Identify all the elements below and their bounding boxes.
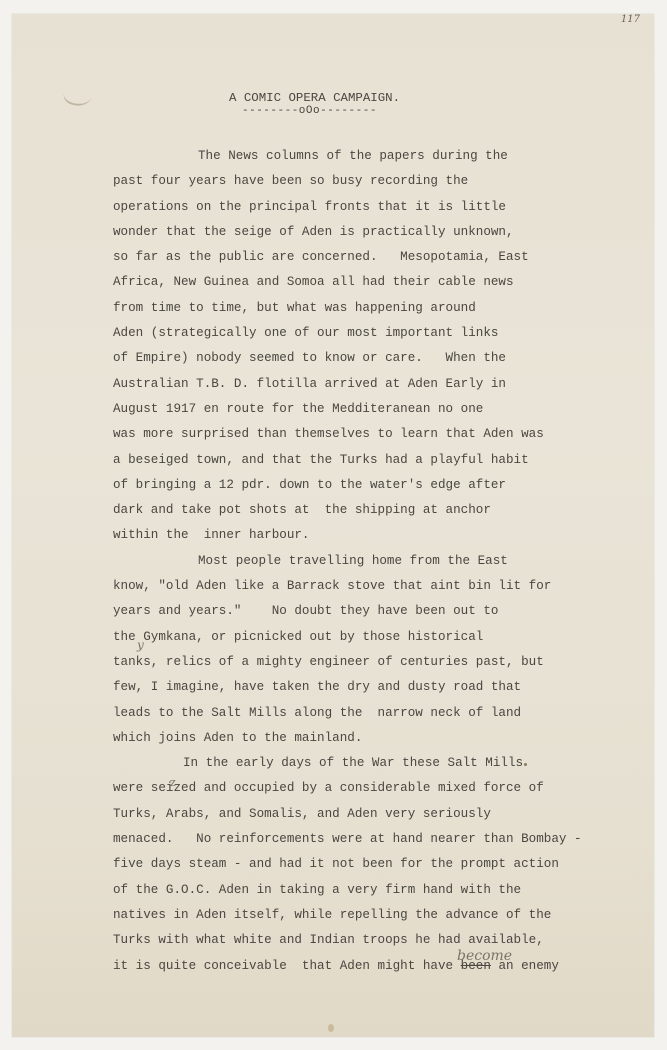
text-line: dark and take pot shots at the shipping … [113, 498, 643, 523]
text-line: Turks with what white and Indian troops … [113, 928, 643, 953]
text-line: were seized and occupied by a considerab… [113, 776, 643, 801]
text-line: five days steam - and had it not been fo… [113, 852, 643, 877]
text-line: a beseiged town, and that the Turks had … [113, 448, 643, 473]
text-line: from time to time, but what was happenin… [113, 296, 643, 321]
document-body: The News columns of the papers during th… [113, 144, 643, 979]
text-line: August 1917 en route for the Medditerane… [113, 397, 643, 422]
text-line: of the G.O.C. Aden in taking a very firm… [113, 878, 643, 903]
text-line: wonder that the seige of Aden is practic… [113, 220, 643, 245]
text-line: Africa, New Guinea and Somoa all had the… [113, 270, 643, 295]
text-line: natives in Aden itself, while repelling … [113, 903, 643, 928]
document-page: 117 A COMIC OPERA CAMPAIGN. --------oOo-… [12, 14, 654, 1037]
text-line: was more surprised than themselves to le… [113, 422, 643, 447]
text-line: the Gymkana, or picnicked out by those h… [113, 625, 643, 650]
text-line: Australian T.B. D. flotilla arrived at A… [113, 372, 643, 397]
document-title: A COMIC OPERA CAMPAIGN. [229, 91, 400, 105]
text-line: within the inner harbour. [113, 523, 643, 548]
text-line: The News columns of the papers during th… [113, 144, 643, 169]
text-line: In the early days of the War these Salt … [113, 751, 643, 776]
text-line: Aden (strategically one of our most impo… [113, 321, 643, 346]
text-line: menaced. No reinforcements were at hand … [113, 827, 643, 852]
text-line: years and years." No doubt they have bee… [113, 599, 643, 624]
handwritten-correction: z [170, 776, 176, 789]
paper-crease-mark [62, 81, 95, 109]
text-line: of bringing a 12 pdr. down to the water'… [113, 473, 643, 498]
text-line: so far as the public are concerned. Meso… [113, 245, 643, 270]
text-line: past four years have been so busy record… [113, 169, 643, 194]
text-line: Turks, Arabs, and Somalis, and Aden very… [113, 802, 643, 827]
paper-stain [328, 1024, 334, 1032]
handwritten-insertion: become [457, 948, 512, 964]
text-line: know, "old Aden like a Barrack stove tha… [113, 574, 643, 599]
text-line: tanks, relics of a mighty engineer of ce… [113, 650, 643, 675]
text-line: leads to the Salt Mills along the narrow… [113, 701, 643, 726]
text-line: which joins Aden to the mainland. [113, 726, 643, 751]
text-fragment: it is quite conceivable that Aden might … [113, 959, 461, 973]
text-line: of Empire) nobody seemed to know or care… [113, 346, 643, 371]
text-line: Most people travelling home from the Eas… [113, 549, 643, 574]
title-divider: --------oOo-------- [242, 105, 377, 117]
page-number: 117 [621, 14, 640, 25]
text-line: few, I imagine, have taken the dry and d… [113, 675, 643, 700]
handwritten-correction: y [137, 638, 144, 652]
text-line-last: it is quite conceivable that Aden might … [113, 954, 643, 979]
text-line: operations on the principal fronts that … [113, 195, 643, 220]
